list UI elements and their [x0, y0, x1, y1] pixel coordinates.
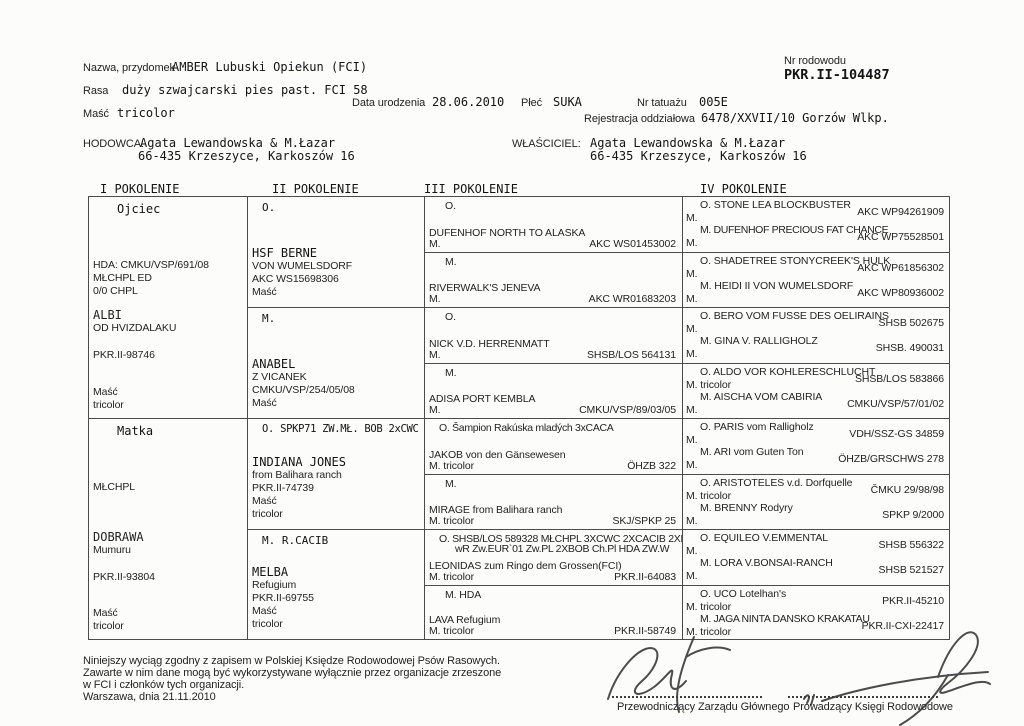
gen4-dam-reg: AKC WP80936002 [857, 287, 944, 299]
gen4-cell: O. BERO VOM FUSSE DES OELIRAINS SHSB 502… [682, 307, 950, 364]
gen4-cell: O. EQUILEO V.EMMENTAL SHSB 556322 M. M. … [682, 529, 950, 586]
gen4-sire-name: O. ARISTOTELES v.d. Dorfquelle [700, 477, 852, 489]
owner-name: Agata Lewandowska & M.Łazar [590, 136, 785, 150]
gen4-dam-reg: ÖHZB/GRSCHWS 278 [838, 453, 944, 465]
gen3-cell: O. NICK V.D. HERRENMATT M. SHSB/LOS 5641… [424, 307, 683, 364]
gen4-cell: O. SHADETREE STONYCREEK'S HULK AKC WP618… [682, 252, 950, 309]
gen4-dam-reg: AKC WP75528501 [857, 231, 944, 243]
signature-left-caption: Przewodniczący Zarządu Głównego [617, 701, 789, 713]
gen3-coat: M. tricolor [429, 625, 474, 637]
gen2-cell3-prefix: O. SPKP71 ZW.MŁ. BOB 2xCWC [262, 423, 419, 435]
sire-reg: PKR.II-98746 [93, 349, 155, 361]
gen1-header: I POKOLENIE [100, 182, 179, 196]
gen3-cell: M. RIVERWALK'S JENEVA M. AKC WR01683203 [424, 252, 683, 309]
gen4-sire-reg: SHSB/LOS 583866 [855, 373, 944, 385]
generation3-column: O. DUFENHOF NORTH TO ALASKA M. AKC WS014… [424, 196, 683, 640]
gen3-cell: M. HDA LAVA Refugium M. tricolor PKR.II-… [424, 585, 683, 641]
birthdate-value: 28.06.2010 [432, 95, 504, 109]
registration-label: Rejestracja oddziałowa [584, 113, 695, 125]
gen3-reg: ÖHZB 322 [627, 460, 676, 472]
generation2-column: O. HSF BERNE VON WUMELSDORF AKC WS156983… [247, 196, 425, 640]
gen4-cell: O. ARISTOTELES v.d. Dorfquelle ČMKU 29/9… [682, 474, 950, 531]
pedigree-document: Nazwa, przydomek AMBER Lubuski Opiekun (… [0, 0, 1024, 726]
gen3-coat: M. [429, 349, 440, 361]
gen3-dog-name: RIVERWALK'S JENEVA [429, 282, 540, 294]
sire-health-info: HDA: CMKU/VSP/691/08 MŁCHPL ED 0/0 CHPL [93, 259, 247, 298]
dog-name-value: AMBER Lubuski Opiekun (FCI) [172, 60, 367, 74]
gen4-sire-reg: SHSB 502675 [879, 317, 944, 329]
name-label: Nazwa, przydomek [83, 62, 175, 74]
gen3-dog-name: NICK V.D. HERRENMATT [429, 338, 550, 350]
gen3-reg: SHSB/LOS 564131 [587, 349, 676, 361]
dam-role-label: Matka [117, 424, 153, 438]
gen4-sire-coat: M. tricolor [686, 601, 731, 613]
footer-date: Warszawa, dnia 21.11.2010 [83, 691, 216, 703]
gen4-dam-coat: M. [686, 348, 697, 360]
gen4-sire-coat: M. [686, 323, 697, 335]
gen4-sire-coat: M. [686, 212, 697, 224]
dam-name: DOBRAWA Mumuru [93, 531, 144, 557]
gen4-dam-coat: M. [686, 515, 697, 527]
gen4-dam-reg: CMKU/VSP/57/01/02 [847, 398, 944, 410]
breeder-address: 66-435 Krzeszyce, Karkoszów 16 [138, 149, 355, 163]
gen4-header: IV POKOLENIE [700, 182, 787, 196]
sire-coat: Maśćtricolor [93, 386, 124, 412]
owner-label: WŁAŚCICIEL: [512, 138, 581, 150]
gen4-dam-coat: M. [686, 293, 697, 305]
gen4-sire-name: O. STONE LEA BLOCKBUSTER [700, 199, 851, 211]
gen3-reg: PKR.II-64083 [614, 571, 676, 583]
birthdate-label: Data urodzenia [352, 97, 425, 109]
signature-right-line [788, 696, 938, 698]
gen4-dam-name: M. ARI vom Guten Ton [700, 446, 803, 458]
sire-cell: Ojciec HDA: CMKU/VSP/691/08 MŁCHPL ED 0/… [88, 196, 248, 419]
gen4-dam-coat: M. [686, 237, 697, 249]
gen2-cell: O. HSF BERNE VON WUMELSDORF AKC WS156983… [247, 196, 425, 308]
pedigree-number-value: PKR.II-104487 [784, 67, 890, 83]
gen2-cell2-dog: ANABEL Z VICANEK CMKU/VSP/254/05/08 Maść [252, 358, 355, 410]
sex-value: SUKA [553, 95, 582, 109]
gen4-dam-reg: SHSB. 490031 [876, 342, 944, 354]
gen2-cell4-prefix: M. R.CACIB [262, 534, 328, 547]
gen4-sire-coat: M. tricolor [686, 379, 731, 391]
sire-role-label: Ojciec [117, 202, 160, 216]
gen4-sire-name: O. PARIS vom Ralligholz [700, 421, 814, 433]
gen4-dam-name: M. AISCHA VOM CABIRIA [700, 391, 822, 403]
gen4-cell: O. ALDO VOR KOHLERESCHLUCHT SHSB/LOS 583… [682, 363, 950, 420]
gen3-coat: M. tricolor [429, 460, 474, 472]
gen4-dam-coat: M. [686, 459, 697, 471]
gen4-dam-name: M. BRENNY Rodyry [700, 502, 793, 514]
gen4-sire-name: O. EQUILEO V.EMMENTAL [700, 532, 828, 544]
gen4-cell: O. STONE LEA BLOCKBUSTER AKC WP94261909 … [682, 196, 950, 253]
gen4-dam-coat: M. tricolor [686, 626, 731, 638]
gen4-sire-reg: SHSB 556322 [879, 539, 944, 551]
gen2-cell4-dog: MELBA Refugium PKR.II-69755 Maść tricolo… [252, 566, 314, 631]
pedigree-table: Ojciec HDA: CMKU/VSP/691/08 MŁCHPL ED 0/… [88, 196, 950, 640]
dam-coat: Maśćtricolor [93, 607, 124, 633]
coat-value: tricolor [117, 106, 175, 120]
gen4-dam-reg: SPKP 9/2000 [882, 509, 944, 521]
gen4-dam-name: M. JAGA NINTA DANSKO KRAKATAU [700, 613, 870, 625]
gen4-dam-name: M. GINA V. RALLIGHOLZ [700, 335, 818, 347]
breed-label: Rasa [83, 85, 108, 97]
tattoo-label: Nr tatuażu [637, 97, 687, 109]
gen4-sire-reg: ČMKU 29/98/98 [871, 484, 944, 496]
owner-address: 66-435 Krzeszyce, Karkoszów 16 [590, 149, 807, 163]
footer-line2: Zawarte w nim dane mogą być wykorzystywa… [83, 667, 501, 679]
dam-name-kennel: Mumuru [93, 544, 144, 557]
gen3-coat: M. [429, 293, 440, 305]
gen4-sire-reg: AKC WP94261909 [857, 206, 944, 218]
pedigree-number-label: Nr rodowodu [784, 55, 846, 67]
gen3-cell: O. DUFENHOF NORTH TO ALASKA M. AKC WS014… [424, 196, 683, 253]
gen4-sire-coat: M. tricolor [686, 490, 731, 502]
gen4-dam-reg: PKR.II-CXI-22417 [862, 620, 944, 632]
gen3-cell: O. Šampion Rakúska mladých 3xCACA JAKOB … [424, 418, 683, 475]
gen4-dam-coat: M. [686, 404, 697, 416]
gen4-sire-name: O. BERO VOM FUSSE DES OELIRAINS [700, 310, 889, 322]
gen4-sire-coat: M. [686, 434, 697, 446]
sire-name: ALBI OD HVIZDALAKU [93, 309, 176, 335]
gen3-coat: M. tricolor [429, 515, 474, 527]
gen3-reg: AKC WR01683203 [589, 293, 676, 305]
gen3-reg: SKJ/SPKP 25 [613, 515, 677, 527]
gen4-dam-name: M. LORA V.BONSAI-RANCH [700, 557, 833, 569]
gen3-cell: O. SHSB/LOS 589328 MŁCHPL 3XCWC 2XCACIB … [424, 529, 683, 586]
sex-label: Płeć [521, 97, 542, 109]
signature-left-line [612, 696, 762, 698]
gen4-dam-name: M. HEIDI II VON WUMELSDORF [700, 280, 853, 292]
breed-value: duży szwajcarski pies past. FCI 58 [122, 83, 368, 97]
generation4-column: O. STONE LEA BLOCKBUSTER AKC WP94261909 … [682, 196, 950, 640]
gen2-cell: M. ANABEL Z VICANEK CMKU/VSP/254/05/08 M… [247, 307, 425, 419]
registration-value: 6478/XXVII/10 Gorzów Wlkp. [701, 111, 889, 125]
gen2-header: II POKOLENIE [272, 182, 359, 196]
dam-title-info: MŁCHPL [93, 481, 135, 494]
gen4-sire-reg: VDH/SSZ-GS 34859 [849, 428, 944, 440]
gen2-cell2-prefix: M. [262, 312, 275, 325]
gen3-dog-name: DUFENHOF NORTH TO ALASKA [429, 227, 585, 239]
generation1-column: Ojciec HDA: CMKU/VSP/691/08 MŁCHPL ED 0/… [88, 196, 248, 640]
sire-name-kennel: OD HVIZDALAKU [93, 322, 176, 335]
gen3-reg: AKC WS01453002 [589, 238, 676, 250]
breeder-label: HODOWCA: [83, 138, 144, 150]
signature-right-caption: Prowadzący Księgi Rodowodowe [793, 701, 953, 713]
gen4-sire-reg: PKR.II-45210 [882, 595, 944, 607]
gen3-reg: PKR.II-58749 [614, 625, 676, 637]
gen3-coat: M. [429, 238, 440, 250]
gen4-sire-coat: M. [686, 268, 697, 280]
footer-line3: w FCI i członków tych organizacji. [83, 679, 244, 691]
gen3-header: III POKOLENIE [424, 182, 518, 196]
gen4-dam-coat: M. [686, 570, 697, 582]
gen2-cell: M. R.CACIB MELBA Refugium PKR.II-69755 M… [247, 529, 425, 640]
dam-cell: Matka MŁCHPL DOBRAWA Mumuru PKR.II-93804… [88, 418, 248, 640]
tattoo-value: 005E [699, 95, 728, 109]
sire-name-main: ALBI [93, 309, 176, 322]
gen4-cell: O. PARIS vom Ralligholz VDH/SSZ-GS 34859… [682, 418, 950, 475]
gen4-sire-coat: M. [686, 545, 697, 557]
gen3-coat: M. tricolor [429, 571, 474, 583]
gen2-cell1-dog: HSF BERNE VON WUMELSDORF AKC WS15698306 … [252, 247, 352, 299]
gen3-cell: M. MIRAGE from Balihara ranch M. tricolo… [424, 474, 683, 531]
gen3-cell: M. ADISA PORT KEMBLA M. CMKU/VSP/89/03/0… [424, 363, 683, 420]
gen4-dam-reg: SHSB 521527 [879, 564, 944, 576]
gen4-sire-name: O. UCO Lotelhan's [700, 588, 786, 600]
dam-reg: PKR.II-93804 [93, 571, 155, 583]
gen3-coat: M. [429, 404, 440, 416]
coat-label: Maść [83, 108, 109, 120]
gen2-cell: O. SPKP71 ZW.MŁ. BOB 2xCWC INDIANA JONES… [247, 418, 425, 530]
footer-line1: Niniejszy wyciąg zgodny z zapisem w Pols… [83, 655, 500, 667]
gen2-cell3-dog: INDIANA JONES from Balihara ranch PKR.II… [252, 456, 346, 521]
breeder-name: Agata Lewandowska & M.Łazar [140, 136, 335, 150]
gen3-reg: CMKU/VSP/89/03/05 [579, 404, 676, 416]
gen4-sire-name: O. ALDO VOR KOHLERESCHLUCHT [700, 366, 875, 378]
gen3-dog-name: ADISA PORT KEMBLA [429, 393, 535, 405]
gen4-cell: O. UCO Lotelhan's PKR.II-45210 M. tricol… [682, 585, 950, 641]
gen4-sire-reg: AKC WP61856302 [857, 262, 944, 274]
gen2-cell1-prefix: O. [262, 201, 275, 214]
dam-name-main: DOBRAWA [93, 531, 144, 544]
